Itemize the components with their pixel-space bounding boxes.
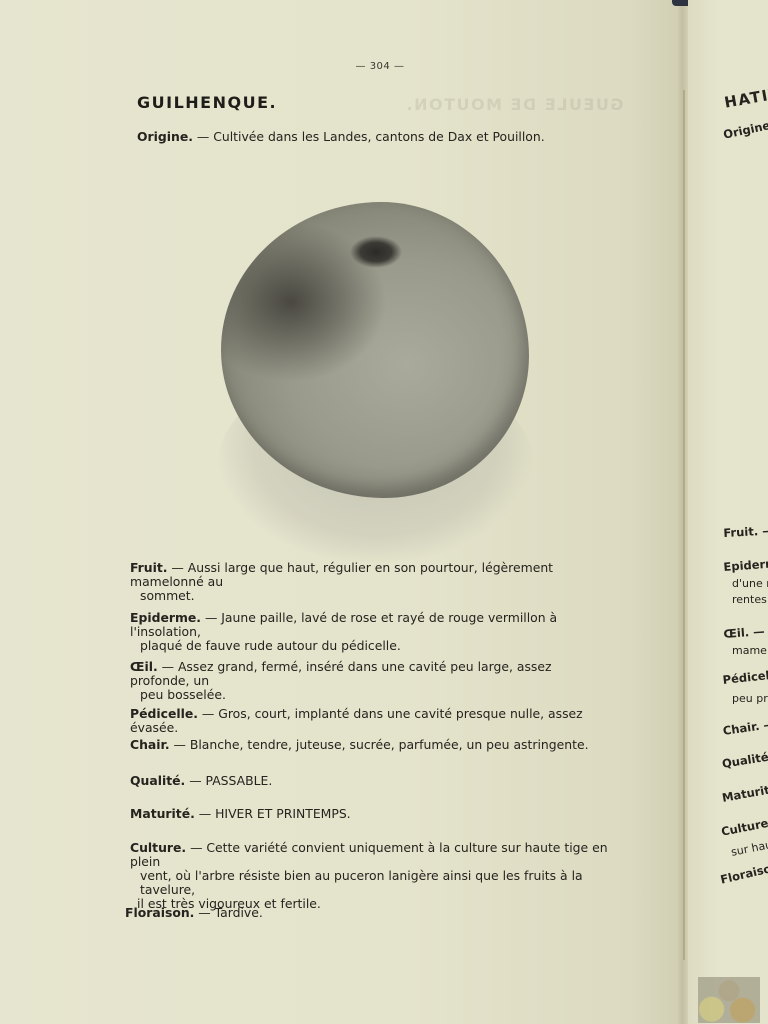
right-section-text: Floraison. – [719,856,768,886]
right-entry-title: HATIV [723,84,768,112]
section-text-cont: vent, où l'arbre résiste bien au puceron… [130,869,615,897]
bleed-through-title: GUEULE DE MOUTON. [405,95,624,114]
right-section-text: Epiderme. [723,555,768,574]
right-origin-label: Origine. — [722,114,768,142]
right-section-text: Culture. — [720,812,768,839]
origin-line: Origine. — Cultivée dans les Landes, can… [137,129,545,144]
right-section-text: Pédicelle. – [722,665,768,687]
section-text: — Aussi large que haut, régulier en son … [130,560,553,589]
page-edge-line [683,90,685,960]
section-label: Fruit. [130,560,167,575]
right-section-cont: rentes e [732,593,768,606]
origin-text: — Cultivée dans les Landes, cantons de D… [193,129,545,144]
section-text: — Gros, court, implanté dans une cavité … [130,706,583,735]
right-section-text: Chair. — [722,717,768,738]
section-label: Œil. [130,659,158,674]
section-text: — Cette variété convient uniquement à la… [130,840,608,869]
right-section-culture: Culture. — [720,812,768,839]
right-section-pedicelle: Pédicelle. – [722,665,768,687]
section-qualite: Qualité. — PASSABLE. [130,774,610,788]
right-section-cont: peu pro [732,692,768,705]
right-section-chair: Chair. — [722,717,768,738]
section-chair: Chair. — Blanche, tendre, juteuse, sucré… [130,738,610,752]
right-section-oeil: Œil. — M [723,623,768,641]
watermark-thumbnail [698,977,760,1023]
entry-title: GUILHENQUE. [137,93,277,112]
section-label: Epiderme. [130,610,201,625]
section-text: — Blanche, tendre, juteuse, sucrée, parf… [170,737,589,752]
section-culture: Culture. — Cette variété convient unique… [130,841,615,911]
section-label: Culture. [130,840,186,855]
page-number: — 304 — [340,61,420,72]
left-page: — 304 — GUEULE DE MOUTON. GUILHENQUE. Or… [0,0,684,1024]
right-section-text: Œil. — M [723,623,768,641]
right-section-text: Fruit. — M [723,523,768,540]
section-label: Floraison. [125,905,194,920]
apple-photo [221,202,529,498]
right-section-qualite: Qualité. — [721,747,768,771]
section-label: Qualité. [130,773,185,788]
right-page: HATIV Origine. — Fruit. — M Epiderme. d'… [688,0,768,1024]
right-section-floraison: Floraison. – [719,856,768,886]
section-text-cont: sommet. [130,589,610,603]
section-floraison: Floraison. — Tardive. [125,906,605,920]
section-text-cont: peu bosselée. [130,688,610,702]
section-text: — Tardive. [194,905,262,920]
right-section-epiderme: Epiderme. [723,555,768,574]
section-text: — HIVER ET PRINTEMPS. [195,806,351,821]
section-maturite: Maturité. — HIVER ET PRINTEMPS. [130,807,610,821]
right-section-text: Qualité. — [721,747,768,771]
section-oeil: Œil. — Assez grand, fermé, inséré dans u… [130,660,610,702]
section-pedicelle: Pédicelle. — Gros, court, implanté dans … [130,707,610,735]
section-label: Maturité. [130,806,195,821]
right-section-text: Maturité. – [721,779,768,805]
right-section-maturite: Maturité. – [721,779,768,805]
section-text: — PASSABLE. [185,773,272,788]
section-text: — Assez grand, fermé, inséré dans une ca… [130,659,552,688]
right-section-cont: sur haute [730,836,768,859]
apple-illustration [210,195,540,570]
section-label: Chair. [130,737,170,752]
origin-label: Origine. [137,129,193,144]
section-text-cont: plaqué de fauve rude autour du pédicelle… [130,639,610,653]
section-fruit: Fruit. — Aussi large que haut, régulier … [130,561,610,603]
section-label: Pédicelle. [130,706,198,721]
right-section-cont: d'une re [732,577,768,590]
section-epiderme: Epiderme. — Jaune paille, lavé de rose e… [130,611,610,653]
right-section-fruit: Fruit. — M [723,523,768,540]
right-section-cont: mamelon [732,644,768,657]
